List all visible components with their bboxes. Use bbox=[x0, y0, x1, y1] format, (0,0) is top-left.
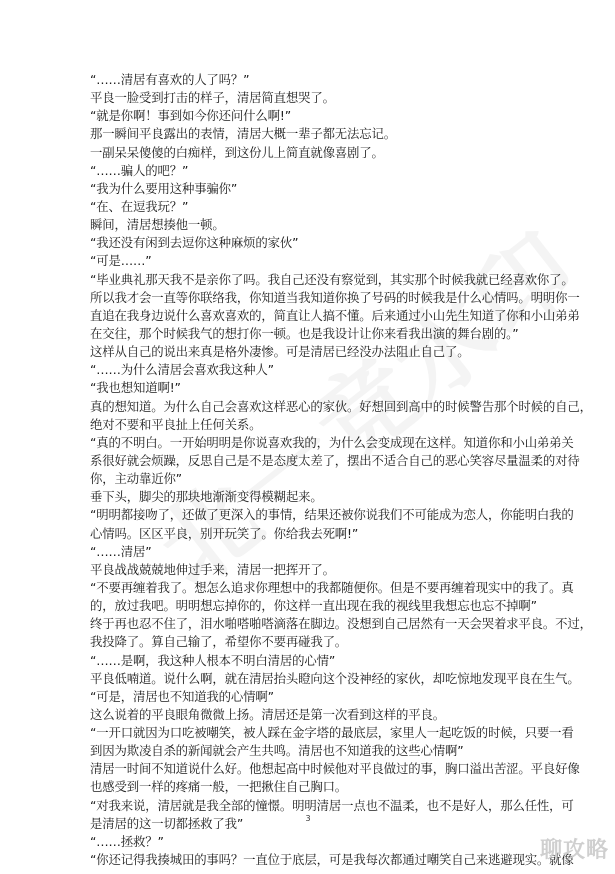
text-line: “可是，清居也不知道我的心情啊” bbox=[90, 688, 552, 706]
text-line: “明明都接吻了，还做了更深入的事情，结果还被你说我们不可能成为恋人，你能明白我的 bbox=[90, 506, 552, 524]
text-line: “……为什么清居会喜欢我这种人” bbox=[90, 361, 552, 379]
text-line: 终于再也忍不住了，泪水啪嗒啪嗒滴落在脚边。没想到自己居然有一天会哭着求平良。不过… bbox=[90, 615, 552, 633]
text-line: 平良一脸受到打击的样子，清居简直想哭了。 bbox=[90, 89, 552, 107]
text-line: 系很好就会烦躁，反思自己是不是态度太差了，摆出不适合自己的恶心笑容尽量温柔的对待 bbox=[90, 452, 552, 470]
text-line: 绝对不要和平良扯上任何关系。 bbox=[90, 416, 552, 434]
text-line: 直追在我身边说什么喜欢喜欢的，简直让人搞不懂。后来通过小山先生知道了你和小山弟弟 bbox=[90, 307, 552, 325]
text-line: “你还记得我揍城田的事吗？一直位于底层，可是我每次都通过嘲笑自己来逃避现实。就像 bbox=[90, 851, 552, 869]
text-line: “一开口就因为口吃被嘲笑，被人踩在金字塔的最底层，家里人一起吃饭的时候，只要一看 bbox=[90, 724, 552, 742]
text-line: “毕业典礼那天我不是亲你了吗。我自己还没有察觉到，其实那个时候我就已经喜欢你了。 bbox=[90, 271, 552, 289]
text-line: 清居一时间不知道说什么好。他想起高中时候他对平良做过的事，胸口溢出苦涩。平良好像 bbox=[90, 760, 552, 778]
text-line: “可是……” bbox=[90, 252, 552, 270]
text-line: 我投降了。算自己输了，希望你不要再碰我了。 bbox=[90, 633, 552, 651]
text-line: 你，主动靠近你” bbox=[90, 470, 552, 488]
text-line: 这么说着的平良眼角微微上扬。清居还是第一次看到这样的平良。 bbox=[90, 706, 552, 724]
site-logo: 聊攻略 bbox=[540, 833, 609, 864]
text-line: 也感受到一样的疼痛一般，一把揪住自己胸口。 bbox=[90, 778, 552, 796]
text-line: 到因为欺凌自杀的新闻就会产生共鸣。清居也不知道我的这些心情啊” bbox=[90, 742, 552, 760]
text-line: “……清居有喜欢的人了吗？” bbox=[90, 71, 552, 89]
text-line: “在、在逗我玩？” bbox=[90, 198, 552, 216]
text-line: 心情吗。区区平良，别开玩笑了。你给我去死啊!” bbox=[90, 525, 552, 543]
text-line: 真的想知道。为什么自己会喜欢这样恶心的家伙。好想回到高中的时候警告那个时候的自己… bbox=[90, 398, 552, 416]
text-line: 平良低喃道。说什么啊，就在清居抬头瞪向这个没神经的家伙，却吃惊地发现平良在生气。 bbox=[90, 670, 552, 688]
text-line: 瞬间，清居想揍他一顿。 bbox=[90, 216, 552, 234]
text-line: “就是你啊！事到如今你还问什么啊!” bbox=[90, 107, 552, 125]
document-page: 北一竞水印 “……清居有喜欢的人了吗？”平良一脸受到打击的样子，清居简直想哭了。… bbox=[0, 0, 615, 874]
text-line: “……拯救？” bbox=[90, 833, 552, 851]
text-line: “……是啊，我这种人根本不明白清居的心情” bbox=[90, 652, 552, 670]
text-line: 是清居的这一切都拯救了我” bbox=[90, 815, 552, 833]
text-line: “对我来说，清居就是我全部的憧憬。明明清居一点也不温柔，也不是好人，那么任性，可 bbox=[90, 797, 552, 815]
text-line: “我也想知道啊!” bbox=[90, 379, 552, 397]
text-line: 那一瞬间平良露出的表情，清居大概一辈子都无法忘记。 bbox=[90, 125, 552, 143]
text-line: 平良战战兢兢地伸过手来，清居一把挥开了。 bbox=[90, 561, 552, 579]
body-text: “……清居有喜欢的人了吗？”平良一脸受到打击的样子，清居简直想哭了。“就是你啊！… bbox=[90, 71, 552, 869]
text-line: 的，放过我吧。明明想忘掉你的，你这样一直出现在我的视线里我想忘也忘不掉啊” bbox=[90, 597, 552, 615]
page-number: 3 bbox=[302, 814, 314, 823]
text-line: “我还没有闲到去逗你这种麻烦的家伙” bbox=[90, 234, 552, 252]
text-line: 在交往，那个时候我气的想打你一顿。也是我设计让你来看我出演的舞台剧的。” bbox=[90, 325, 552, 343]
text-line: “真的不明白。一开始明明是你说喜欢我的，为什么会变成现在这样。知道你和小山弟弟关 bbox=[90, 434, 552, 452]
text-line: “……骗人的吧？” bbox=[90, 162, 552, 180]
text-line: “我为什么要用这种事骗你” bbox=[90, 180, 552, 198]
text-line: 一副呆呆傻傻的白痴样，到这份儿上简直就像喜剧了。 bbox=[90, 144, 552, 162]
text-line: 垂下头，脚尖的那块地渐渐变得模糊起来。 bbox=[90, 488, 552, 506]
text-line: 这样从自己的说出来真是格外凄惨。可是清居已经没办法阻止自己了。 bbox=[90, 343, 552, 361]
text-line: “不要再缠着我了。想怎么追求你理想中的我都随便你。但是不要再缠着现实中的我了。真 bbox=[90, 579, 552, 597]
text-line: 所以我才会一直等你联络我，你知道当我知道你换了号码的时候我是什么心情吗。明明你一 bbox=[90, 289, 552, 307]
text-line: “……清居” bbox=[90, 543, 552, 561]
